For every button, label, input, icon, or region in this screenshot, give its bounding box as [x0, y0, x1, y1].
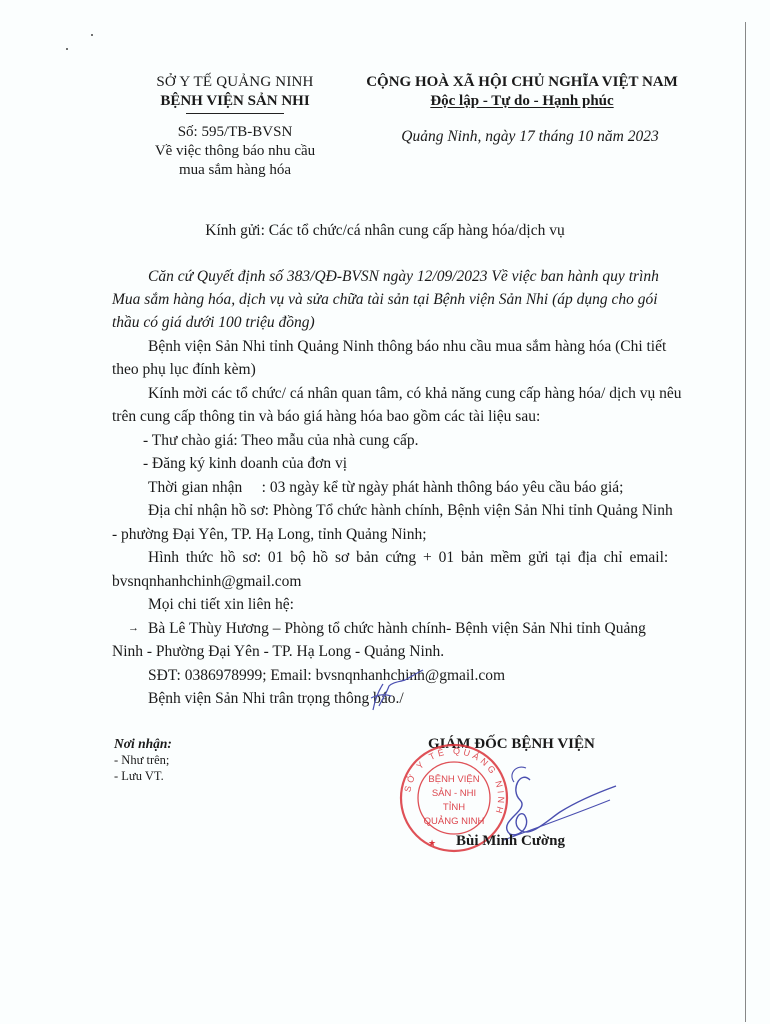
initial-signature-icon: [365, 664, 425, 714]
doc-subject-line: Về việc thông báo nhu cầu: [130, 142, 340, 161]
dateline: Quảng Ninh, ngày 17 tháng 10 năm 2023: [360, 128, 700, 146]
recipient-item: - Như trên;: [114, 752, 172, 768]
scan-speck: [66, 48, 68, 50]
contact-intro: Mọi chi tiết xin liên hệ:: [148, 593, 294, 617]
contact-phone-email: SĐT: 0386978999; Email: bvsnqnhanhchinh@…: [148, 664, 505, 688]
recipients-title: Nơi nhận:: [114, 736, 172, 752]
svg-text:QUẢNG NINH: QUẢNG NINH: [424, 815, 485, 827]
svg-text:TỈNH: TỈNH: [443, 801, 465, 813]
signatory-name: Bùi Minh Cường: [456, 833, 565, 850]
invite-line: Kính mời các tổ chức/ cá nhân quan tâm, …: [148, 382, 682, 406]
address-line: Địa chỉ nhận hồ sơ: Phòng Tổ chức hành c…: [148, 499, 673, 523]
invite-line: trên cung cấp thông tin và báo giá hàng …: [112, 405, 540, 429]
document-item: - Đăng ký kinh doanh của đơn vị: [143, 452, 347, 476]
format-line: Hình thức hồ sơ: 01 bộ hồ sơ bản cứng + …: [148, 546, 668, 570]
doc-number: Số: 595/TB-BVSN: [130, 123, 340, 142]
format-email[interactable]: bvsnqnhanhchinh@gmail.com: [112, 570, 301, 594]
issuer-name: BỆNH VIỆN SẢN NHI: [130, 92, 340, 111]
address-line: - phường Đại Yên, TP. Hạ Long, tỉnh Quản…: [112, 523, 427, 547]
contact-person-line: Ninh - Phường Đại Yên - TP. Hạ Long - Qu…: [112, 640, 444, 664]
svg-text:SẢN - NHI: SẢN - NHI: [432, 787, 476, 799]
recipient-item: - Lưu VT.: [114, 768, 172, 784]
receive-time: Thời gian nhận : 03 ngày kể từ ngày phát…: [148, 476, 623, 500]
document-item: - Thư chào giá: Theo mẫu của nhà cung cấ…: [143, 429, 419, 453]
recipients-block: Nơi nhận: - Như trên; - Lưu VT.: [114, 736, 172, 784]
motto: Độc lập - Tự do - Hạnh phúc: [430, 93, 613, 109]
addressee: Kính gửi: Các tổ chức/cá nhân cung cấp h…: [0, 219, 770, 243]
national-header: CỘNG HOÀ XÃ HỘI CHỦ NGHĨA VIỆT NAM Độc l…: [352, 73, 692, 111]
nation-title: CỘNG HOÀ XÃ HỘI CHỦ NGHĨA VIỆT NAM: [352, 73, 692, 92]
svg-text:★: ★: [428, 838, 436, 848]
issuer-block: SỞ Y TẾ QUẢNG NINH BỆNH VIỆN SẢN NHI Số:…: [130, 73, 340, 180]
basis-line: Mua sắm hàng hóa, dịch vụ và sửa chữa tà…: [112, 288, 678, 312]
doc-subject-line: mua sắm hàng hóa: [130, 161, 340, 180]
notice-line: theo phụ lục đính kèm): [112, 358, 256, 382]
arrow-bullet-icon: →: [128, 617, 139, 641]
scan-speck: [91, 34, 93, 36]
basis-line: Căn cứ Quyết định số 383/QĐ-BVSN ngày 12…: [148, 265, 676, 289]
document-page: SỞ Y TẾ QUẢNG NINH BỆNH VIỆN SẢN NHI Số:…: [0, 0, 770, 1024]
issuer-parent: SỞ Y TẾ QUẢNG NINH: [130, 73, 340, 92]
contact-person-line: Bà Lê Thùy Hương – Phòng tổ chức hành ch…: [148, 617, 646, 641]
issuer-underline: [186, 113, 284, 114]
scan-edge-line: [745, 22, 746, 1022]
svg-text:BỆNH VIỆN: BỆNH VIỆN: [428, 774, 479, 785]
notice-line: Bệnh viện Sản Nhi tỉnh Quảng Ninh thông …: [148, 335, 666, 359]
basis-line: thầu có giá dưới 100 triệu đồng): [112, 311, 315, 335]
